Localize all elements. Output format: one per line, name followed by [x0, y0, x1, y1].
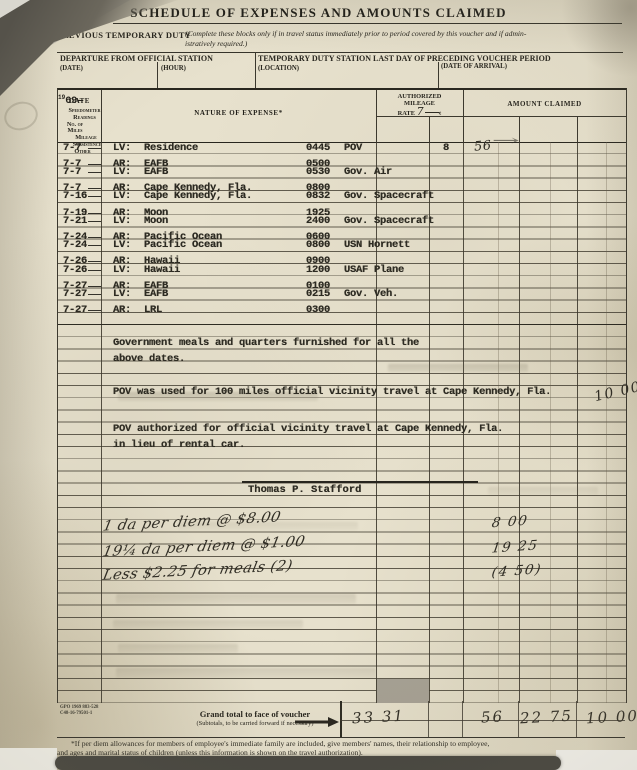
row-mode: POV	[344, 143, 362, 154]
print-codes: GPO 1969 883-528 C48-16-79501-1	[60, 705, 98, 717]
header-horizontal-rule	[376, 116, 626, 117]
row-entry-type: LV:	[113, 167, 131, 178]
tdy-location-label: (LOCATION)	[258, 65, 299, 72]
departure-station-label: DEPARTURE FROM OFFICIAL STATION	[60, 54, 213, 63]
signature-rule	[242, 481, 478, 483]
handwritten-claim-text: 19¼ da per diem @ $1.00	[101, 533, 306, 559]
col-header-no-of-miles: No. of Miles	[58, 122, 92, 136]
note-line: POV authorized for official vicinity tra…	[113, 423, 503, 435]
table-body: → 7-7LV:Residence0445POV8567-7AR:EAFB050…	[58, 142, 626, 703]
section-divider-rule	[58, 324, 626, 325]
previous-duty-instructions-line1: (Complete these blocks only if in travel…	[185, 29, 625, 38]
note-amount-hand: 10 00	[593, 379, 637, 405]
note-line: in lieu of rental car.	[113, 439, 245, 451]
expense-voucher-document: SCHEDULE OF EXPENSES AND AMOUNTS CLAIMED…	[0, 0, 637, 770]
station-divider	[438, 62, 439, 88]
col-header-date: DATE	[58, 97, 101, 105]
row-entry-type: LV:	[113, 289, 131, 300]
row-miles: 8	[429, 143, 463, 154]
col-header-amount-claimed: AMOUNT CLAIMED	[463, 100, 626, 108]
row-location: EAFB	[144, 167, 168, 178]
date-dash-mark	[88, 270, 101, 271]
handwritten-arrow: →	[492, 133, 520, 149]
handwritten-claim-text: Less $2.25 for meals (2)	[101, 558, 294, 584]
date-dash-mark	[88, 148, 101, 149]
row-entry-type: LV:	[113, 240, 131, 251]
header-column-line	[429, 116, 430, 142]
header-column-line	[577, 116, 578, 142]
row-location: Hawaii	[144, 265, 180, 276]
page-background: SCHEDULE OF EXPENSES AND AMOUNTS CLAIMED…	[0, 0, 637, 770]
signature-name: Thomas P. Stafford	[248, 484, 361, 496]
row-entry-type: LV:	[113, 216, 131, 227]
travel-row: 7-7LV:EAFB0530Gov. Air	[58, 166, 626, 178]
row-mileage-hand: 56	[473, 138, 492, 154]
handwritten-claim-text: 1 da per diem @ $8.00	[101, 510, 282, 535]
print-code-line2: C48-16-79501-1	[60, 711, 98, 717]
row-mode: Gov. Air	[344, 167, 392, 178]
row-time: 1200	[306, 265, 330, 276]
note-line: POV was used for 100 miles official vici…	[113, 386, 551, 398]
photo-corner-right	[556, 750, 637, 770]
bleed-through-smudge	[116, 668, 376, 678]
grand-total-arrow-icon	[295, 717, 339, 727]
date-dash-mark	[88, 310, 101, 311]
date-dash-mark	[88, 164, 101, 165]
handwritten-claim-amount: 19 25	[491, 537, 540, 556]
total-box-edge	[340, 701, 342, 737]
handwritten-claim-amount: 8 00	[491, 513, 530, 531]
col-header-authorized-rate: AUTHORIZED MILEAGE RATE 7¢	[376, 93, 463, 118]
row-mode: Gov. Veh.	[344, 289, 398, 300]
travel-row: 7-7LV:Residence0445POV856	[58, 142, 626, 154]
date-dash-mark	[88, 172, 101, 173]
row-date: 7-27	[63, 305, 87, 316]
handwritten-claim-amount: (4 50)	[491, 561, 543, 580]
total-column-line	[518, 701, 519, 737]
row-mode: USN Hornett	[344, 240, 410, 251]
date-dash-mark	[88, 237, 101, 238]
margin-stamp-smudge	[1, 97, 42, 134]
row-time: 0800	[306, 240, 330, 251]
row-time: 2400	[306, 216, 330, 227]
travel-row: 7-24LV:Pacific Ocean0800USN Hornett	[58, 240, 626, 252]
photo-corner-left	[0, 748, 57, 770]
date-dash-mark	[88, 213, 101, 214]
date-dash-mark	[88, 245, 101, 246]
row-location: Moon	[144, 216, 168, 227]
row-date: 7-27	[63, 289, 87, 300]
date-dash-mark	[88, 188, 101, 189]
previous-duty-instructions-line2: istratively required.)	[185, 39, 247, 48]
footnote-line1: *If per diem allowances for members of e…	[57, 739, 625, 748]
bleed-through-smudge	[113, 620, 303, 629]
row-time: 0445	[306, 143, 330, 154]
departure-date-label: (DATE)	[60, 65, 83, 72]
total-column-line	[462, 701, 463, 737]
header-column-line	[376, 90, 377, 142]
date-dash-mark	[88, 294, 101, 295]
travel-row: 7-21LV:Moon2400Gov. Spacecraft	[58, 215, 626, 227]
row-entry-type: LV:	[113, 265, 131, 276]
row-location: Cape Kennedy, Fla.	[144, 191, 252, 202]
bleed-through-smudge	[116, 594, 356, 604]
photo-edge-bar	[55, 756, 561, 770]
title-rule	[113, 23, 622, 24]
date-dash-mark	[88, 221, 101, 222]
row-location: Pacific Ocean	[144, 240, 222, 251]
date-dash-mark	[88, 286, 101, 287]
travel-row: 7-26LV:Hawaii1200USAF Plane	[58, 264, 626, 276]
station-divider	[157, 62, 158, 88]
row-time: 0215	[306, 289, 330, 300]
other-total-hand: 10 00	[586, 707, 637, 728]
row-date: 7-26	[63, 265, 87, 276]
row-date: 7-7	[63, 143, 81, 154]
grand-total-hand-value: 33 31	[352, 707, 406, 728]
date-dash-mark	[88, 196, 101, 197]
total-column-line	[576, 701, 577, 737]
row-date: 7-21	[63, 216, 87, 227]
row-time: 0530	[306, 167, 330, 178]
rate-fill-line	[425, 112, 439, 113]
row-location: Residence	[144, 143, 198, 154]
expense-table: DATE 1969— NATURE OF EXPENSE* AUTHORIZED…	[57, 88, 627, 703]
row-date: 7-24	[63, 240, 87, 251]
tdy-station-label: TEMPORARY DUTY STATION LAST DAY OF PRECE…	[258, 54, 551, 63]
row-date: 7-16	[63, 191, 87, 202]
bleed-through-smudge	[118, 644, 238, 653]
row-entry-type: LV:	[113, 143, 131, 154]
travel-row: 7-16LV:Cape Kennedy, Fla.0832Gov. Spacec…	[58, 191, 626, 203]
row-mode: Gov. Spacecraft	[344, 191, 434, 202]
note-line: Government meals and quarters furnished …	[113, 337, 419, 349]
row-location: EAFB	[144, 289, 168, 300]
row-time: 0832	[306, 191, 330, 202]
expense-table-header: DATE 1969— NATURE OF EXPENSE* AUTHORIZED…	[58, 90, 626, 143]
authorized-word: AUTHORIZED	[398, 93, 442, 100]
travel-row: 7-27LV:EAFB0215Gov. Veh.	[58, 288, 626, 300]
departure-hour-label: (HOUR)	[161, 65, 186, 72]
footnote: *If per diem allowances for members of e…	[57, 739, 625, 757]
header-column-line	[463, 90, 464, 142]
row-entry-type: AR:	[113, 305, 131, 316]
subsistence-total-hand: 22 75	[520, 707, 574, 728]
col-header-nature: NATURE OF EXPENSE*	[101, 109, 376, 117]
row-mode: USAF Plane	[344, 265, 404, 276]
mileage-total-hand: 56	[481, 707, 505, 726]
station-divider	[255, 52, 256, 88]
row-date: 7-7	[63, 167, 81, 178]
total-column-line	[428, 701, 429, 737]
date-dash-mark	[88, 261, 101, 262]
bleed-through-smudge	[488, 487, 598, 495]
tdy-arrival-label: (DATE OF ARRIVAL)	[441, 63, 531, 71]
row-entry-type: LV:	[113, 191, 131, 202]
row-mode: Gov. Spacecraft	[344, 216, 434, 227]
travel-row: 7-27AR:LRL0300	[58, 305, 626, 317]
row-location: LRL	[144, 305, 162, 316]
station-header-row: DEPARTURE FROM OFFICIAL STATION (DATE) (…	[57, 52, 625, 88]
note-line: above dates.	[113, 353, 185, 365]
row-time: 0300	[306, 305, 330, 316]
grand-total-strip: GPO 1969 883-528 C48-16-79501-1 Grand to…	[57, 701, 625, 738]
bleed-through-smudge	[388, 364, 528, 372]
blocked-out-cell	[376, 679, 429, 703]
header-column-line	[101, 90, 102, 142]
